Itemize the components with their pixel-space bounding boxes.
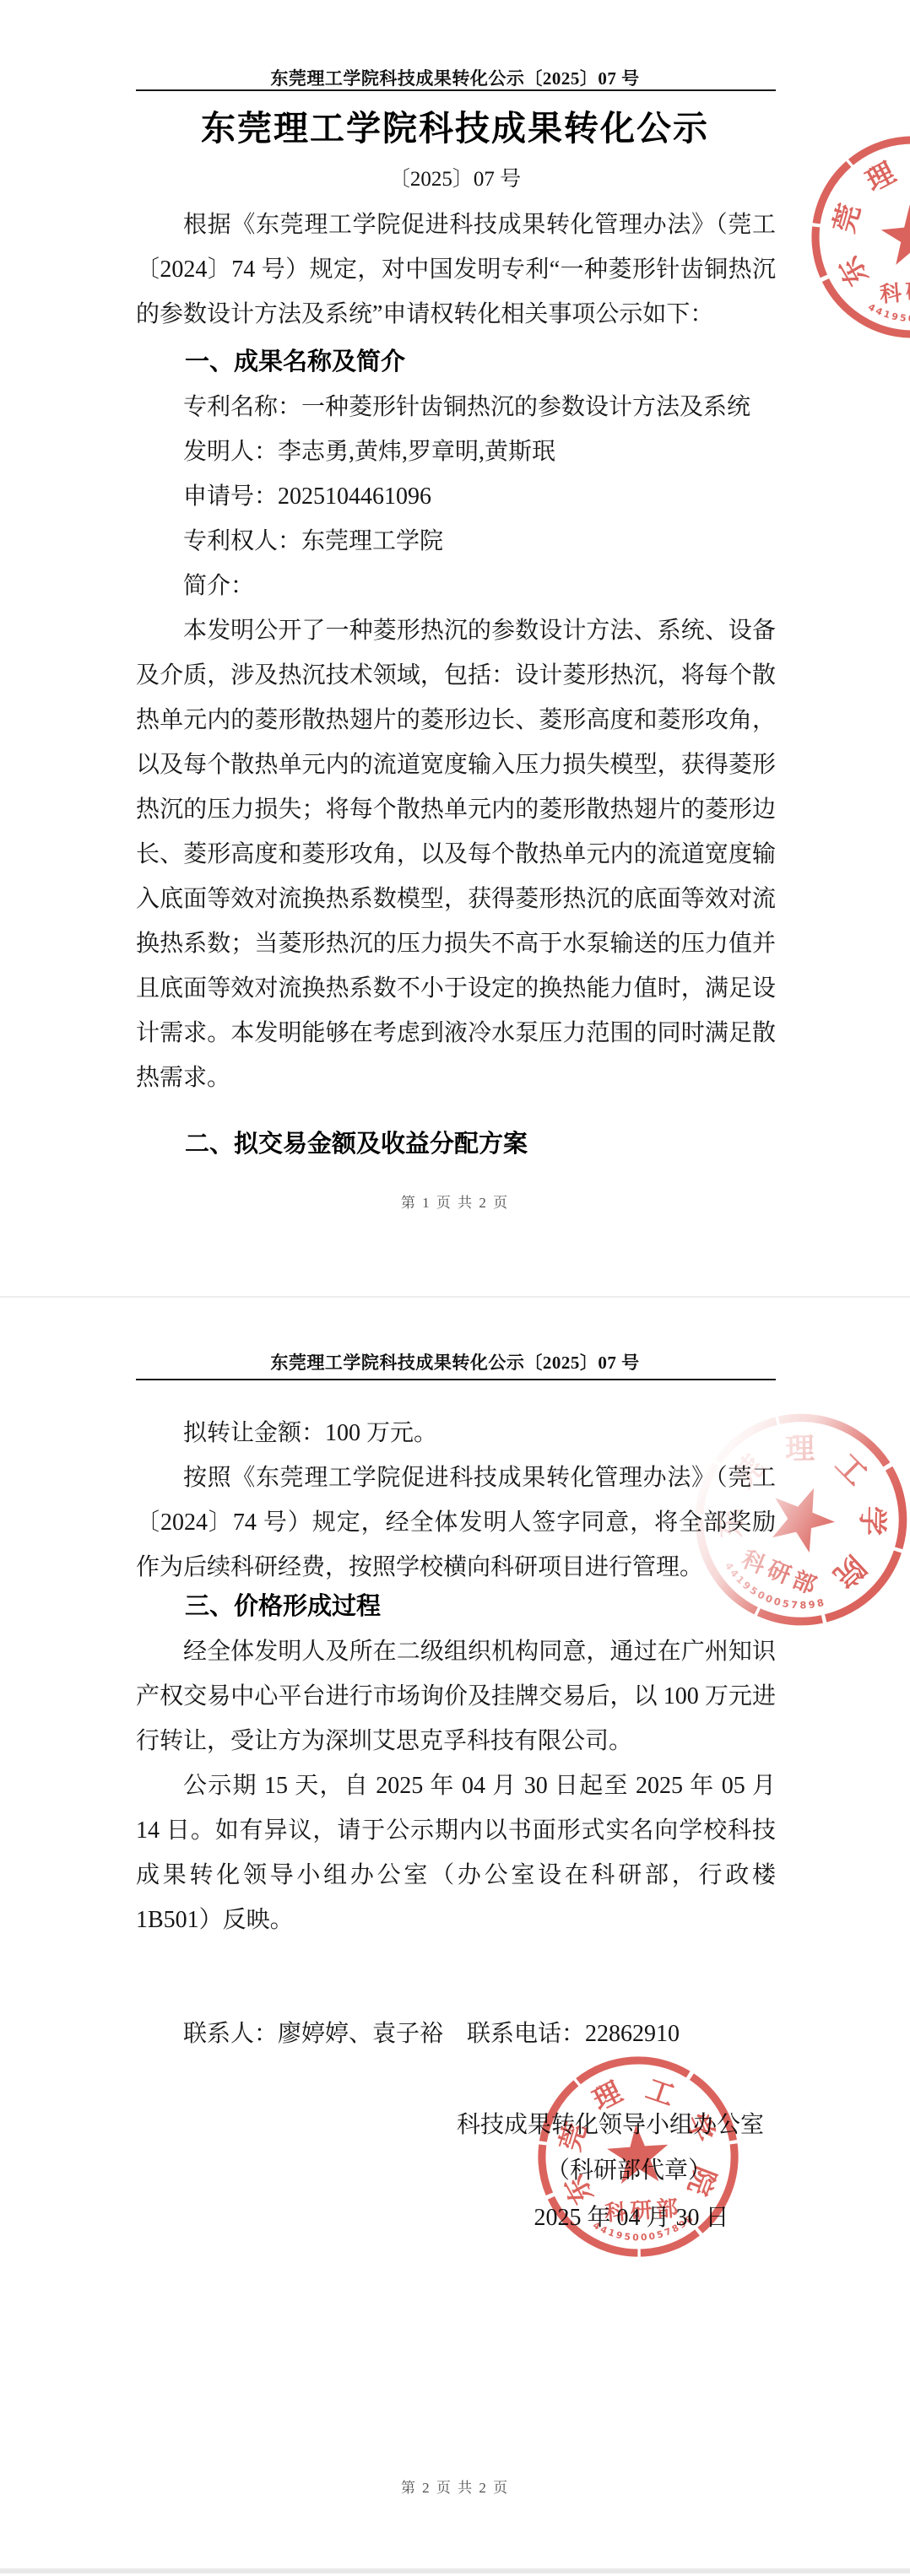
svg-text:9: 9	[808, 1598, 816, 1611]
application-number-line: 申请号：2025104461096	[136, 474, 776, 519]
page2-header-rule	[136, 1379, 776, 1380]
abstract-paragraph: 本发明公开了一种菱形热沉的参数设计方法、系统、设备及介质，涉及热沉技术领域，包括…	[136, 608, 776, 1106]
document-number: 〔2025〕07 号	[0, 165, 910, 194]
document-title: 东莞理工学院科技成果转化公示	[0, 105, 910, 152]
page-seam	[0, 1296, 910, 1298]
section-2-heading: 二、拟交易金额及收益分配方案	[136, 1122, 776, 1167]
signature-note: （科研部代章）	[474, 2148, 784, 2193]
contact-line: 联系人：廖婷婷、袁子裕 联系电话：22862910	[136, 2012, 776, 2056]
svg-text:4: 4	[874, 305, 885, 318]
svg-text:理: 理	[785, 1432, 815, 1466]
svg-text:东: 东	[833, 251, 875, 291]
svg-text:科研部: 科研部	[879, 276, 910, 307]
svg-text:5: 5	[782, 1597, 790, 1610]
official-seal-page1: 东莞理工学院科研部4419500057898	[799, 123, 910, 352]
page1-header-rule	[136, 89, 776, 91]
svg-text:7: 7	[791, 1599, 799, 1612]
svg-text:1: 1	[882, 308, 891, 321]
signature-date: 2025 年 04 月 30 日	[473, 2195, 790, 2240]
svg-text:学: 学	[855, 1506, 889, 1536]
svg-text:院: 院	[827, 1549, 871, 1593]
section-1-heading: 一、成果名称及简介	[136, 340, 776, 385]
policy-paragraph: 按照《东莞理工学院促进科技成果转化管理办法》（莞工〔2024〕74 号）规定，经…	[136, 1455, 776, 1590]
transfer-amount-line: 拟转让金额：100 万元。	[136, 1411, 776, 1455]
svg-text:工: 工	[829, 1448, 873, 1492]
svg-text:4: 4	[866, 301, 877, 314]
pricing-paragraph: 经全体发明人及所在二级组织机构同意，通过在广州知识产权交易中心平台进行市场询价及…	[136, 1629, 776, 1764]
svg-text:莞: 莞	[829, 201, 867, 236]
intro-paragraph: 根据《东莞理工学院促进科技成果转化管理办法》（莞工〔2024〕74 号）规定，对…	[136, 203, 776, 338]
page2-header: 东莞理工学院科技成果转化公示〔2025〕07 号	[0, 1350, 910, 1375]
signature-org: 科技成果转化领导小组办公室	[136, 2103, 764, 2147]
page1-footer: 第 1 页 共 2 页	[0, 1193, 910, 1213]
svg-text:5: 5	[899, 312, 907, 324]
abstract-label: 简介：	[136, 564, 776, 608]
svg-text:8: 8	[799, 1599, 806, 1611]
patent-owner-line: 专利权人：东莞理工学院	[136, 519, 776, 564]
scan-bottom-edge	[0, 2568, 910, 2573]
patent-name-line: 专利名称：一种菱形针齿铜热沉的参数设计方法及系统	[136, 385, 776, 429]
svg-text:9: 9	[891, 311, 899, 322]
page1-header: 东莞理工学院科技成果转化公示〔2025〕07 号	[0, 66, 910, 91]
svg-text:8: 8	[815, 1596, 825, 1609]
section-3-heading: 三、价格形成过程	[136, 1585, 776, 1629]
publicity-period-paragraph: 公示期 15 天，自 2025 年 04 月 30 日起至 2025 年 05 …	[136, 1763, 776, 1943]
inventors-line: 发明人：李志勇,黄炜,罗章明,黄斯珉	[136, 429, 776, 474]
page2-footer: 第 2 页 共 2 页	[0, 2478, 910, 2498]
